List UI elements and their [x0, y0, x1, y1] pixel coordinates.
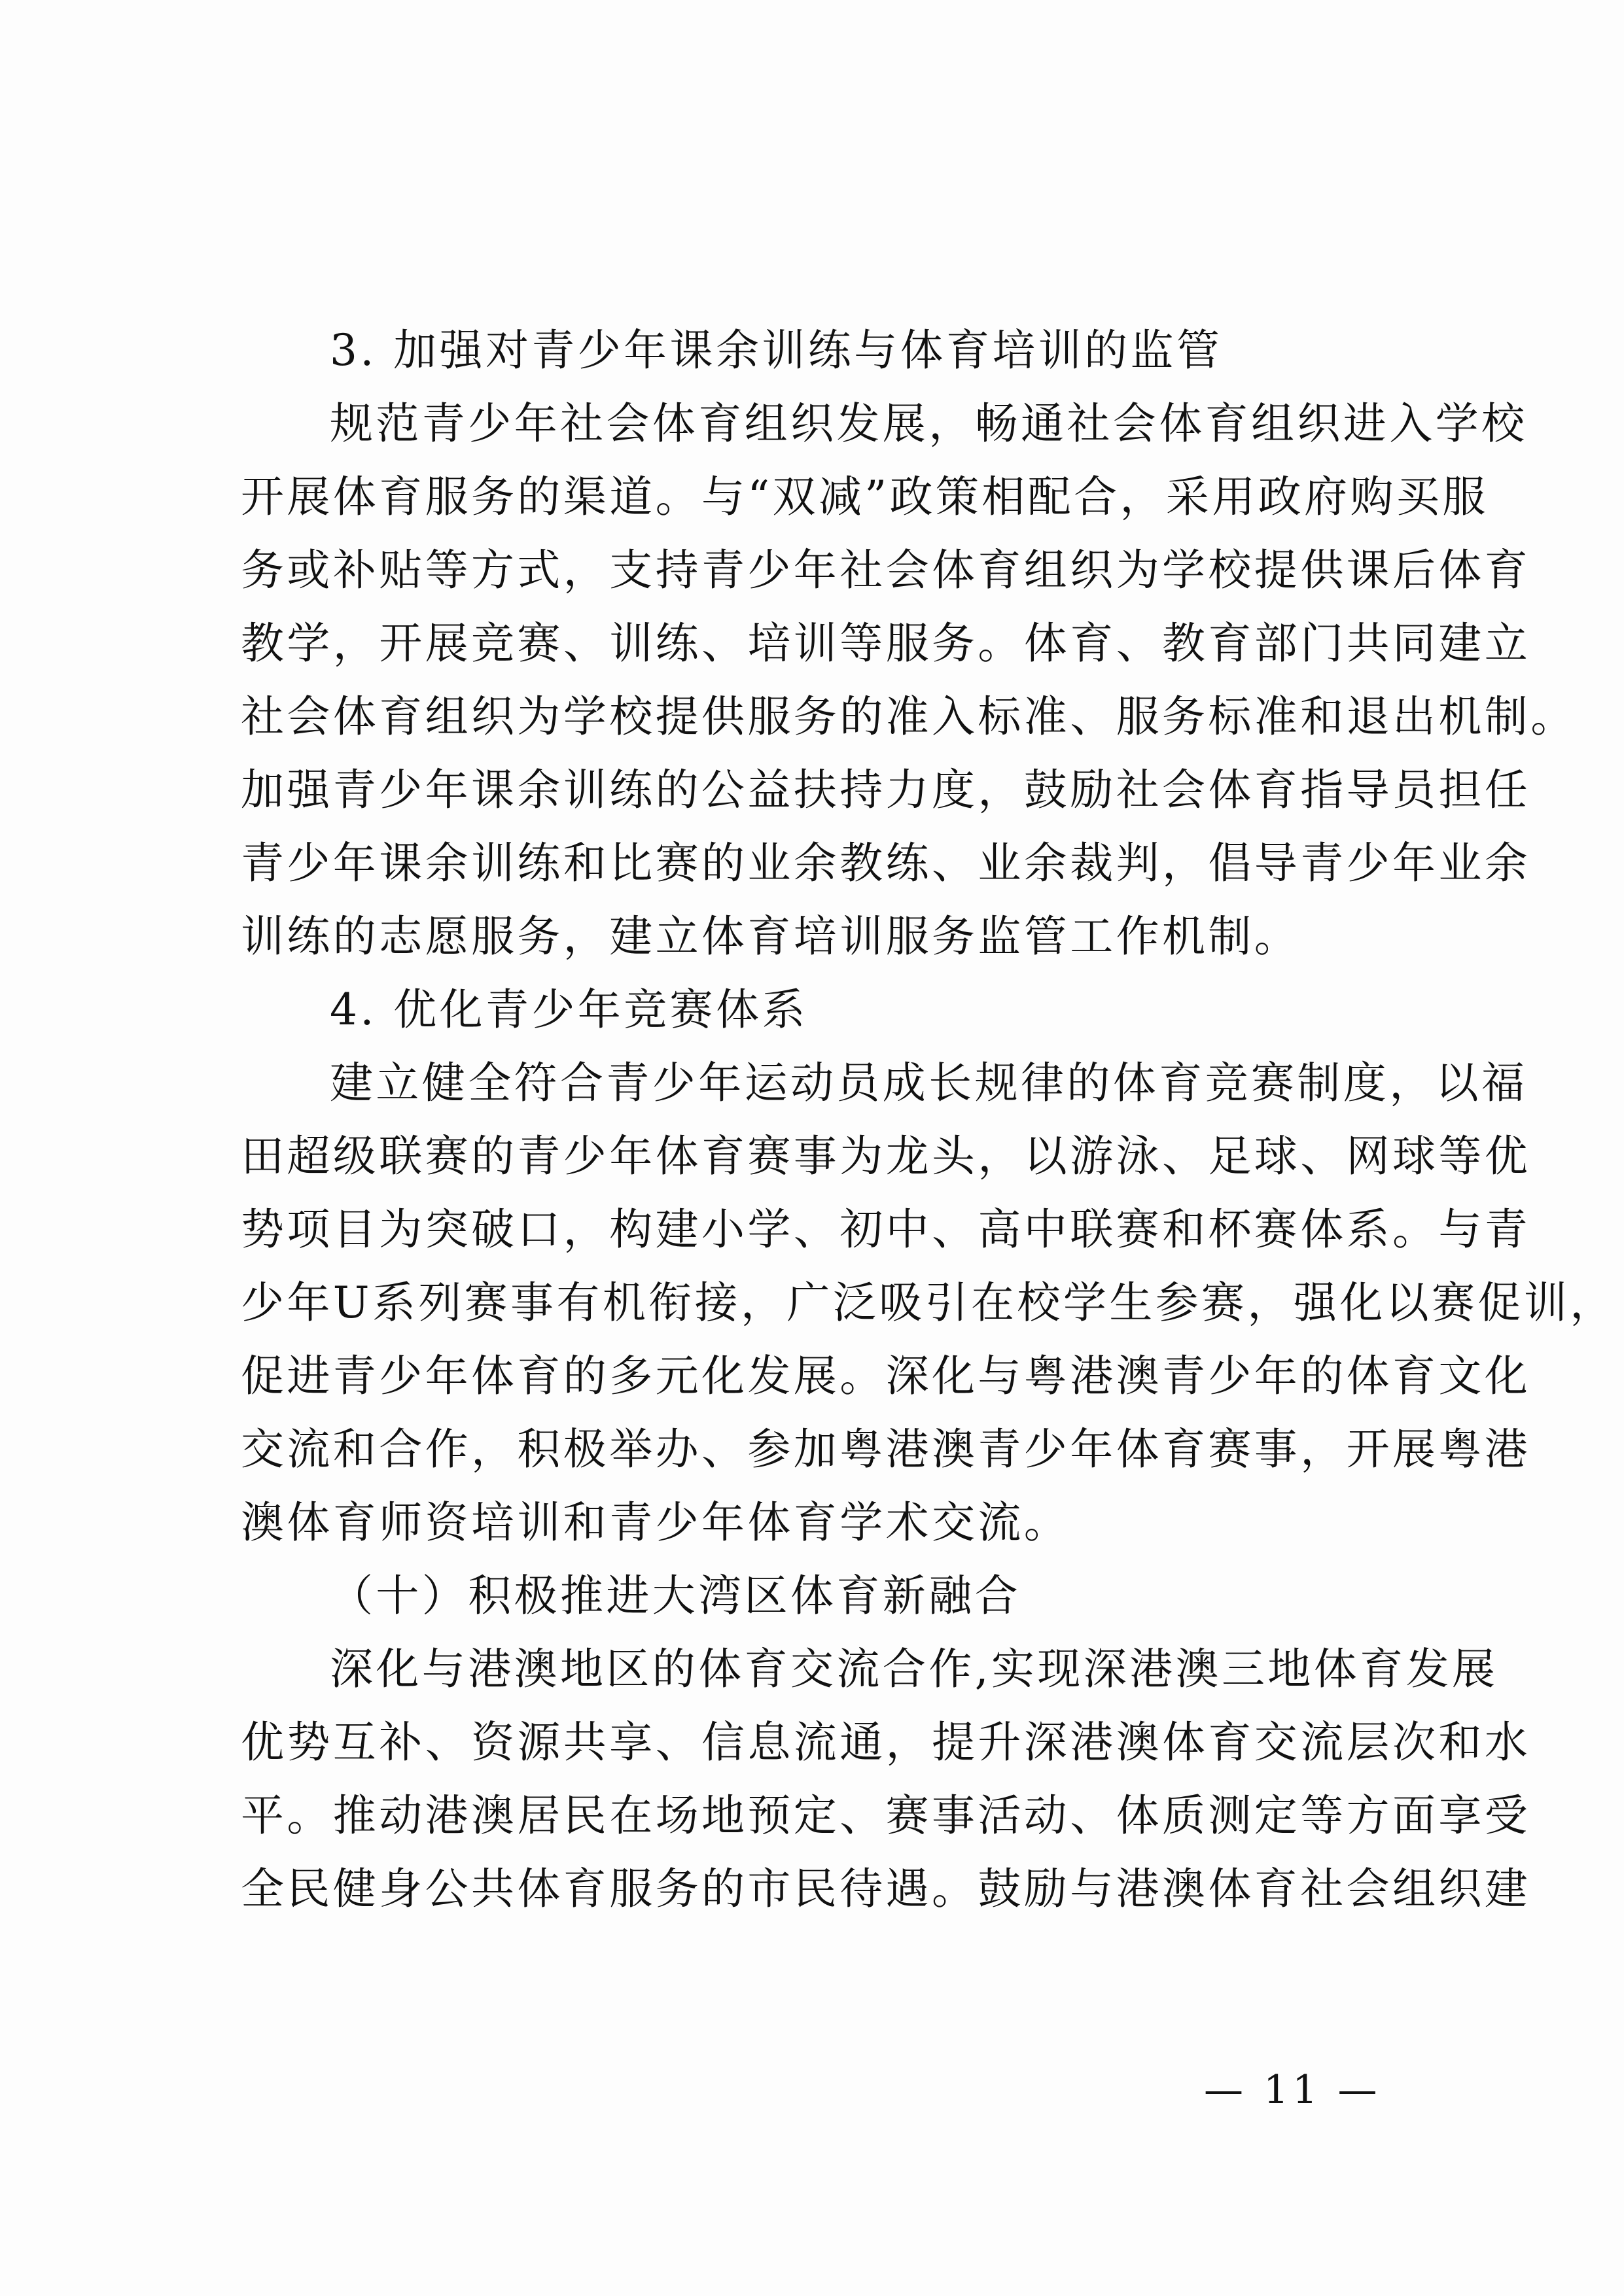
paragraph-line: 开展体育服务的渠道。与“双减”政策相配合，采用政府购买服	[241, 461, 1432, 534]
document-page: 3. 加强对青少年课余训练与体育培训的监管 规范青少年社会体育组织发展，畅通社会…	[0, 0, 1624, 2296]
paragraph-line: 深化与港澳地区的体育交流合作,实现深港澳三地体育发展	[241, 1633, 1432, 1706]
paragraph-line: 规范青少年社会体育组织发展，畅通社会体育组织进入学校	[241, 387, 1432, 461]
paragraph-line: 训练的志愿服务，建立体育培训服务监管工作机制。	[241, 900, 1432, 973]
paragraph-line: 平。推动港澳居民在场地预定、赛事活动、体质测定等方面享受	[241, 1779, 1432, 1852]
paragraph-line: 促进青少年体育的多元化发展。深化与粤港澳青少年的体育文化	[241, 1340, 1432, 1413]
paragraph-line: 澳体育师资培训和青少年体育学术交流。	[241, 1486, 1432, 1559]
paragraph-line: 优势互补、资源共享、信息流通，提升深港澳体育交流层次和水	[241, 1706, 1432, 1779]
section-heading-10: （十）积极推进大湾区体育新融合	[241, 1559, 1432, 1633]
page-number: — 11 —	[1204, 2067, 1381, 2113]
document-body: 3. 加强对青少年课余训练与体育培训的监管 规范青少年社会体育组织发展，畅通社会…	[241, 314, 1432, 1926]
paragraph-line: 少年U系列赛事有机衔接，广泛吸引在校学生参赛，强化以赛促训，	[241, 1266, 1432, 1340]
paragraph-line: 青少年课余训练和比赛的业余教练、业余裁判，倡导青少年业余	[241, 827, 1432, 900]
paragraph-line: 交流和合作，积极举办、参加粤港澳青少年体育赛事，开展粤港	[241, 1413, 1432, 1486]
paragraph-line: 建立健全符合青少年运动员成长规律的体育竞赛制度，以福	[241, 1047, 1432, 1120]
section-heading-3: 3. 加强对青少年课余训练与体育培训的监管	[241, 314, 1432, 387]
paragraph-line: 势项目为突破口，构建小学、初中、高中联赛和杯赛体系。与青	[241, 1193, 1432, 1266]
paragraph-line: 加强青少年课余训练的公益扶持力度，鼓励社会体育指导员担任	[241, 754, 1432, 827]
paragraph-line: 全民健身公共体育服务的市民待遇。鼓励与港澳体育社会组织建	[241, 1852, 1432, 1926]
paragraph-line: 务或补贴等方式，支持青少年社会体育组织为学校提供课后体育	[241, 534, 1432, 607]
section-heading-4: 4. 优化青少年竞赛体系	[241, 973, 1432, 1047]
paragraph-line: 社会体育组织为学校提供服务的准入标准、服务标准和退出机制。	[241, 680, 1432, 754]
paragraph-line: 田超级联赛的青少年体育赛事为龙头，以游泳、足球、网球等优	[241, 1120, 1432, 1193]
paragraph-line: 教学，开展竞赛、训练、培训等服务。体育、教育部门共同建立	[241, 607, 1432, 680]
